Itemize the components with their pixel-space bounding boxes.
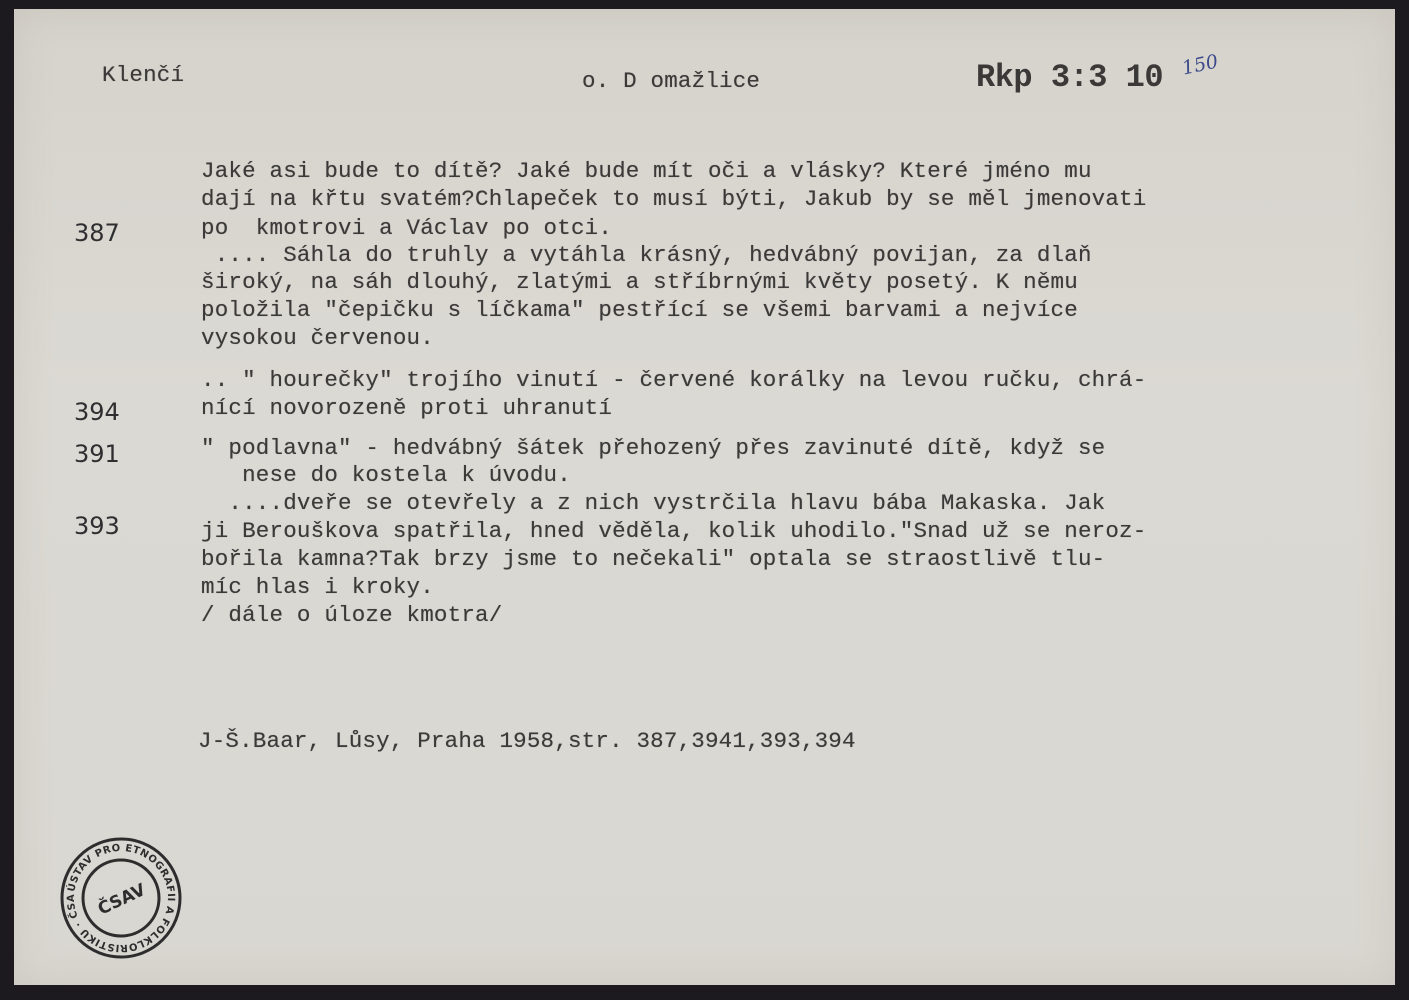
institution-stamp-icon: ÚSTAV PRO ETNOGRAFII A FOLKLORISTIKU · Č… xyxy=(58,835,184,961)
text-line: " podlavna" - hedvábný šátek přehozený p… xyxy=(201,437,1105,460)
margin-page-number: 394 xyxy=(74,400,120,424)
source-citation: J-Š.Baar, Lůsy, Praha 1958,str. 387,3941… xyxy=(198,730,856,753)
district-label: o. D omažlice xyxy=(582,70,760,93)
text-line: ji Berouškova spatřila, hned věděla, kol… xyxy=(201,520,1146,543)
handwritten-catalog-number: 150 xyxy=(1180,50,1220,79)
text-line: vysokou červenou. xyxy=(201,327,434,350)
manuscript-signature: Rkp 3:3 10 xyxy=(976,62,1163,94)
text-line: bořila kamna?Tak brzy jsme to nečekali" … xyxy=(201,548,1105,571)
text-line: ....dveře se otevřely a z nich vystrčila… xyxy=(201,492,1105,515)
text-line: .... Sáhla do truhly a vytáhla krásný, h… xyxy=(201,244,1092,267)
text-line: / dále o úloze kmotra/ xyxy=(201,604,502,627)
text-line: položila "čepičku s líčkama" pestřící se… xyxy=(201,299,1078,322)
text-line: Jaké asi bude to dítě? Jaké bude mít oči… xyxy=(201,160,1092,183)
text-line: nící novorozeně proti uhranutí xyxy=(201,397,612,420)
text-line: po kmotrovi a Václav po otci. xyxy=(201,217,612,240)
stamp-center-text: ČSAV xyxy=(94,878,150,920)
margin-page-number: 387 xyxy=(74,221,120,245)
text-line: míc hlas i kroky. xyxy=(201,576,434,599)
text-line: .. " hourečky" trojího vinutí - červené … xyxy=(201,369,1146,392)
index-card: Klenčí o. D omažlice Rkp 3:3 10 150 387 … xyxy=(14,9,1395,985)
text-line: dají na křtu svatém?Chlapeček to musí bý… xyxy=(201,188,1146,211)
location-label: Klenčí xyxy=(102,64,184,87)
text-line: široký, na sáh dlouhý, zlatými a stříbrn… xyxy=(201,271,1078,294)
margin-page-number: 393 xyxy=(74,514,120,538)
margin-page-number: 391 xyxy=(74,442,120,466)
text-line: nese do kostela k úvodu. xyxy=(201,464,571,487)
